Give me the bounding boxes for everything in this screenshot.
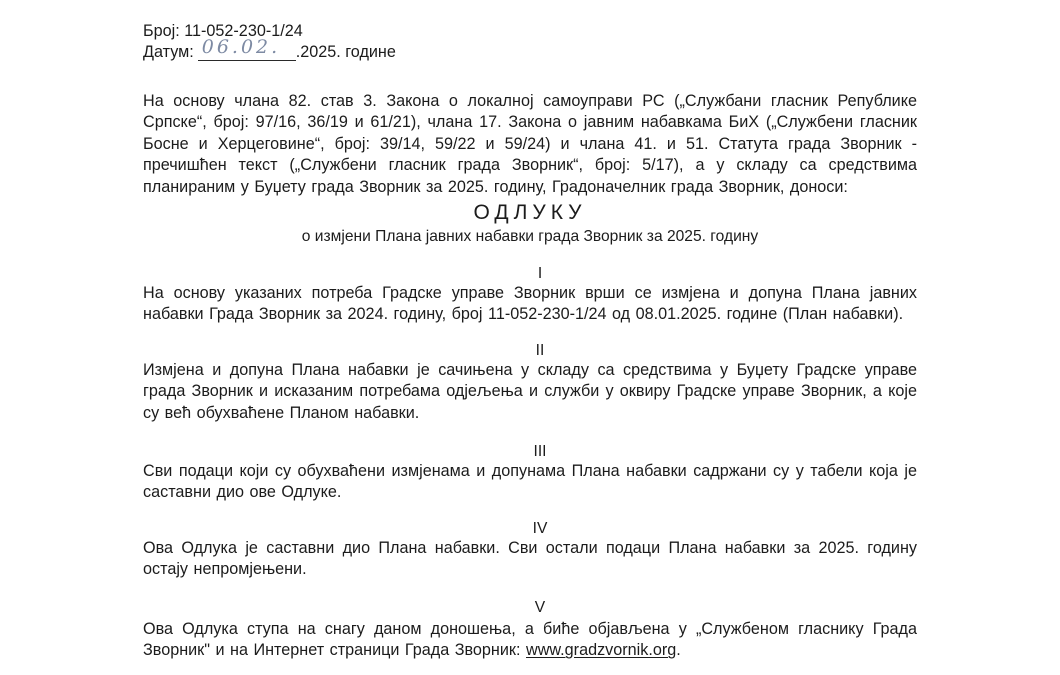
- section-numeral-3: III: [143, 443, 937, 461]
- section-text-2: Измјена и допуна Плана набавки је сачиње…: [143, 360, 917, 424]
- document-date: Датум:06.02..2025. године: [143, 42, 396, 62]
- section-text-1: На основу указаних потреба Градске управ…: [143, 283, 917, 326]
- decision-subtitle: о измјени Плана јавних набавки града Зво…: [143, 227, 917, 247]
- date-blank-field: 06.02.: [198, 42, 296, 61]
- preamble-paragraph: На основу члана 82. став 3. Закона о лок…: [143, 91, 917, 198]
- section-text-3: Сви подаци који су обухваћени измјенама …: [143, 461, 917, 504]
- handwritten-date: 06.02.: [202, 37, 280, 57]
- section-text-4: Ова Одлука је саставни дио Плана набавки…: [143, 538, 917, 581]
- decision-title: ОДЛУКУ: [143, 201, 917, 225]
- date-label: Датум:: [143, 43, 194, 61]
- date-suffix: .2025. године: [296, 43, 396, 61]
- section-numeral-5: V: [143, 599, 937, 617]
- section-numeral-1: I: [143, 265, 937, 283]
- website-link[interactable]: www.gradzvornik.org: [526, 641, 676, 659]
- section-text-5: Ова Одлука ступа на снагу даном доношења…: [143, 619, 917, 662]
- section-numeral-4: IV: [143, 520, 937, 538]
- section-text-5-end: .: [676, 641, 681, 659]
- section-numeral-2: II: [143, 342, 937, 360]
